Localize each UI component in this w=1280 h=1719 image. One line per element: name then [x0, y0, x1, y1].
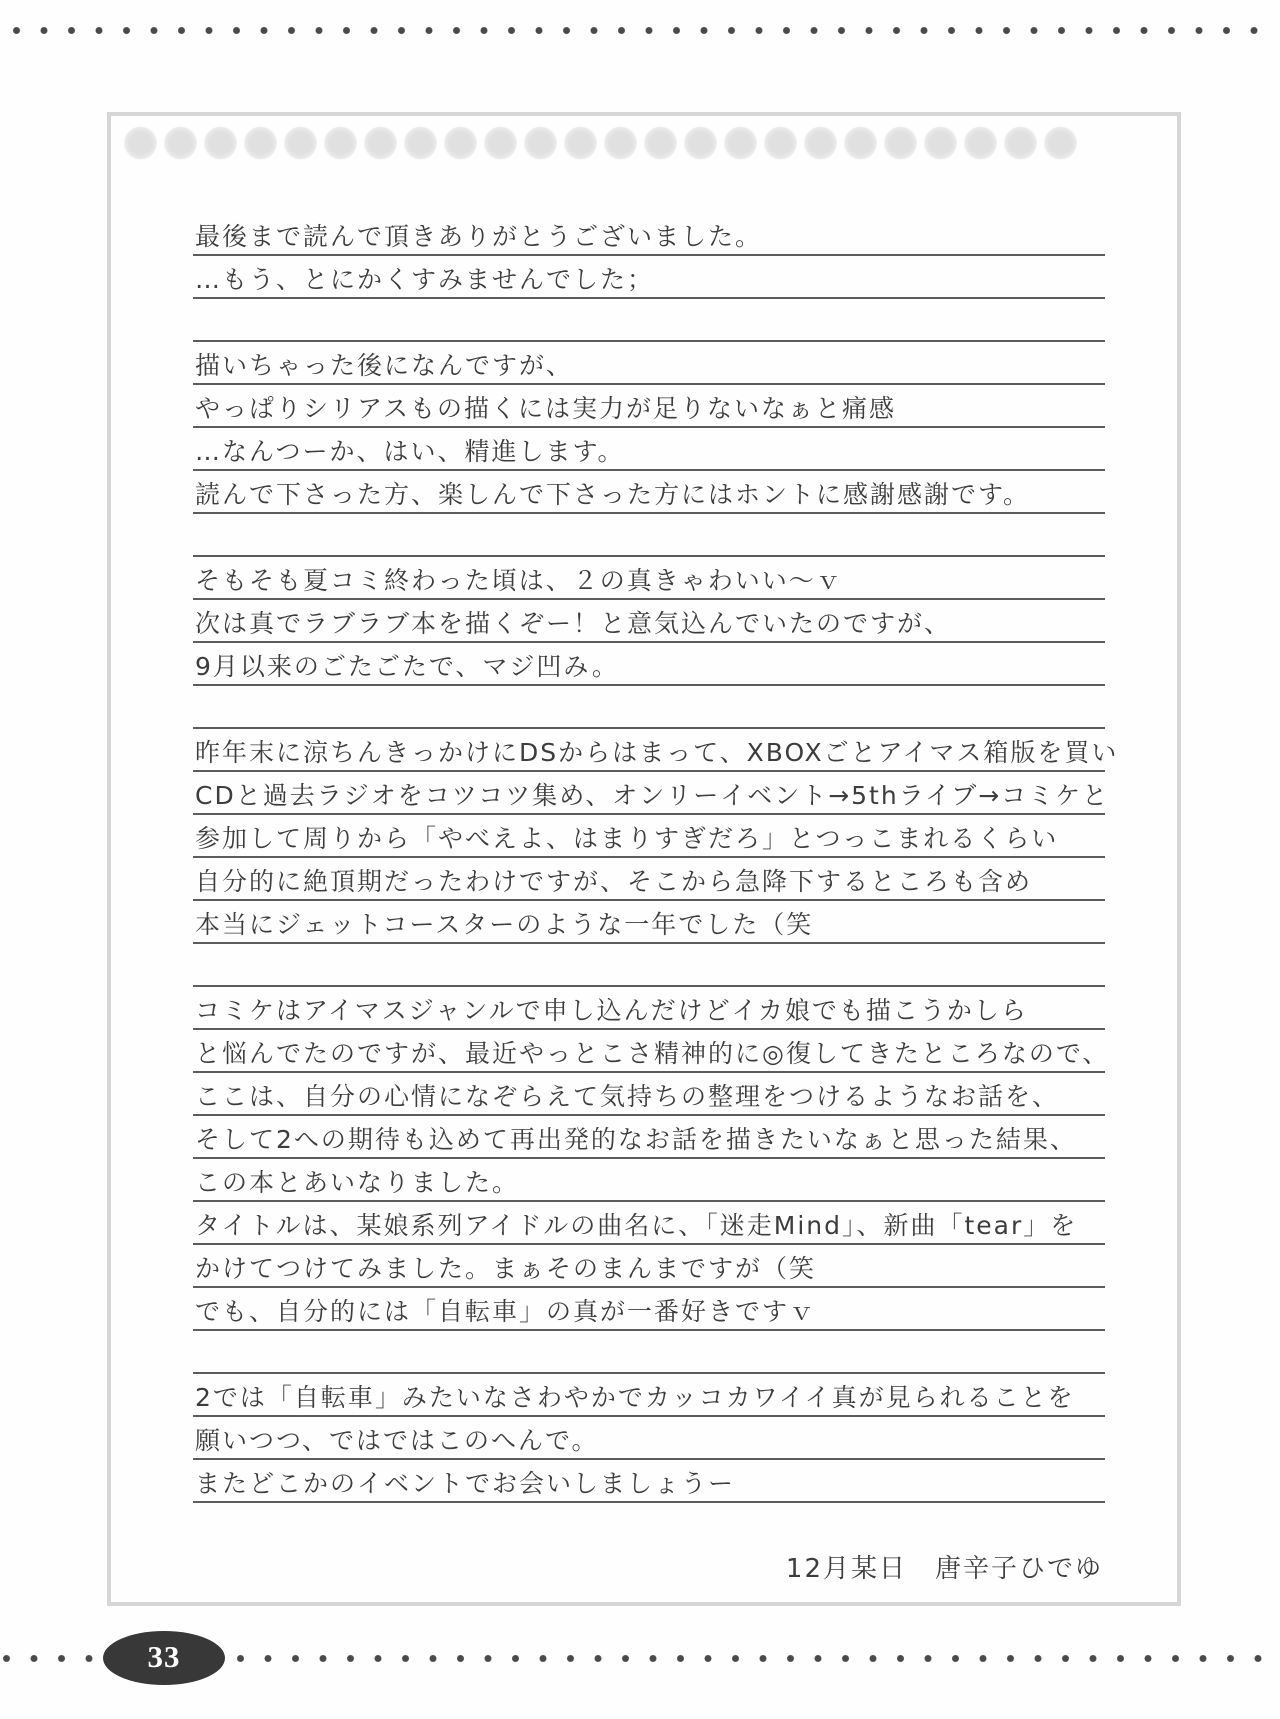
letter-line-text: やっぱりシリアスもの描くには実力が足りないなぁと痛感 — [195, 396, 896, 421]
dotted-border-bottom-right — [236, 1654, 1278, 1663]
letter-line-text: 9月以来のごたごたで、マジ凹み。 — [195, 654, 619, 679]
letter-line-blank — [193, 299, 1105, 342]
letter-line: 昨年末に涼ちんきっかけにDSからはまって、XBOXごとアイマス箱版を買い — [193, 729, 1105, 772]
signature-line: 12月某日 唐辛子ひでゆ — [786, 1548, 1103, 1585]
letter-line-text: タイトルは、某娘系列アイドルの曲名に、「迷走Mind」、新曲「tear」を — [195, 1213, 1077, 1238]
letter-line-text: 自分的に絶頂期だったわけですが、そこから急降下するところも含め — [195, 869, 1032, 894]
letter-line-text: …なんつーか、はい、精進します。 — [195, 439, 625, 464]
halftone-circle-row — [123, 125, 1081, 161]
letter-line: でも、自分的には「自転車」の真が一番好きですｖ — [193, 1288, 1105, 1331]
letter-line-text: 描いちゃった後になんですが、 — [195, 353, 573, 378]
letter-line: 描いちゃった後になんですが、 — [193, 342, 1105, 385]
dotted-border-top — [12, 26, 1270, 35]
letter-line-text: そもそも夏コミ終わった頃は、２の真きゃわいい～ｖ — [195, 568, 843, 593]
letter-line-text: ここは、自分の心情になぞらえて気持ちの整理をつけるようなお話を、 — [195, 1084, 1059, 1109]
letter-line: …もう、とにかくすみませんでした； — [193, 256, 1105, 299]
letter-line-text: 昨年末に涼ちんきっかけにDSからはまって、XBOXごとアイマス箱版を買い — [195, 740, 1118, 765]
letter-line-text: 最後まで読んで頂きありがとうございました。 — [195, 224, 762, 249]
letter-line-blank — [193, 686, 1105, 729]
letter-line: 2では「自転車」みたいなさわやかでカッコカワイイ真が見られることを — [193, 1374, 1105, 1417]
letter-line-text: でも、自分的には「自転車」の真が一番好きですｖ — [195, 1299, 816, 1324]
letter-line-blank — [193, 514, 1105, 557]
letter-line: 願いつつ、ではではこのへんで。 — [193, 1417, 1105, 1460]
letter-line: 自分的に絶頂期だったわけですが、そこから急降下するところも含め — [193, 858, 1105, 901]
letter-line: 最後まで読んで頂きありがとうございました。 — [193, 213, 1105, 256]
letter-line-text: 参加して周りから「やべえよ、はまりすぎだろ」とつっこまれるくらい — [195, 826, 1058, 851]
letter-line-text: …もう、とにかくすみませんでした； — [195, 267, 654, 292]
letter-line: そして2への期待も込めて再出発的なお話を描きたいなぁと思った結果、 — [193, 1116, 1105, 1159]
letter-line-text: 読んで下さった方、楽しんで下さった方にはホントに感謝感謝です。 — [195, 482, 1030, 507]
letter-line: そもそも夏コミ終わった頃は、２の真きゃわいい～ｖ — [193, 557, 1105, 600]
dotted-border-bottom-left — [2, 1654, 106, 1663]
letter-line-text: かけてつけてみました。まぁそのまんまですが（笑 — [195, 1256, 816, 1281]
letter-line-text: 2では「自転車」みたいなさわやかでカッコカワイイ真が見られることを — [195, 1385, 1075, 1410]
letter-line: 次は真でラブラブ本を描くぞー！と意気込んでいたのですが、 — [193, 600, 1105, 643]
letter-line: またどこかのイベントでお会いしましょうー — [193, 1460, 1105, 1503]
letter-line-text: CDと過去ラジオをコツコツ集め、オンリーイベント→5thライブ→コミケと — [195, 783, 1109, 808]
letter-line-blank — [193, 1331, 1105, 1374]
scanned-page: 最後まで読んで頂きありがとうございました。…もう、とにかくすみませんでした；描い… — [0, 0, 1280, 1719]
letter-line: 本当にジェットコースターのような一年でした（笑 — [193, 901, 1105, 944]
letter-line: この本とあいなりました。 — [193, 1159, 1105, 1202]
letter-line: と悩んでたのですが、最近やっとこさ精神的に◎復してきたところなので、 — [193, 1030, 1105, 1073]
letter-line: コミケはアイマスジャンルで申し込んだけどイカ娘でも描こうかしら — [193, 987, 1105, 1030]
letter-line: 参加して周りから「やべえよ、はまりすぎだろ」とつっこまれるくらい — [193, 815, 1105, 858]
letter-line-text: コミケはアイマスジャンルで申し込んだけどイカ娘でも描こうかしら — [195, 998, 1028, 1023]
letter-line: ここは、自分の心情になぞらえて気持ちの整理をつけるようなお話を、 — [193, 1073, 1105, 1116]
letter-line-text: と悩んでたのですが、最近やっとこさ精神的に◎復してきたところなので、 — [195, 1041, 1109, 1066]
letter-line: 読んで下さった方、楽しんで下さった方にはホントに感謝感謝です。 — [193, 471, 1105, 514]
letter-line: かけてつけてみました。まぁそのまんまですが（笑 — [193, 1245, 1105, 1288]
page-number: 33 — [148, 1639, 181, 1675]
letter-line: CDと過去ラジオをコツコツ集め、オンリーイベント→5thライブ→コミケと — [193, 772, 1105, 815]
letter-line: タイトルは、某娘系列アイドルの曲名に、「迷走Mind」、新曲「tear」を — [193, 1202, 1105, 1245]
letter-line-text: またどこかのイベントでお会いしましょうー — [195, 1471, 735, 1496]
letter-body: 最後まで読んで頂きありがとうございました。…もう、とにかくすみませんでした；描い… — [193, 213, 1105, 1503]
letter-line: やっぱりシリアスもの描くには実力が足りないなぁと痛感 — [193, 385, 1105, 428]
letter-line-text: 願いつつ、ではではこのへんで。 — [195, 1428, 599, 1453]
page-number-badge: 33 — [103, 1631, 225, 1685]
letter-line-text: 次は真でラブラブ本を描くぞー！と意気込んでいたのですが、 — [195, 611, 951, 636]
letter-line: 9月以来のごたごたで、マジ凹み。 — [193, 643, 1105, 686]
letter-line-text: 本当にジェットコースターのような一年でした（笑 — [195, 912, 813, 937]
letter-line-text: この本とあいなりました。 — [195, 1170, 519, 1195]
letter-line-blank — [193, 944, 1105, 987]
afterword-letter-box: 最後まで読んで頂きありがとうございました。…もう、とにかくすみませんでした；描い… — [107, 112, 1181, 1606]
letter-line: …なんつーか、はい、精進します。 — [193, 428, 1105, 471]
letter-line-text: そして2への期待も込めて再出発的なお話を描きたいなぁと思った結果、 — [195, 1127, 1077, 1152]
